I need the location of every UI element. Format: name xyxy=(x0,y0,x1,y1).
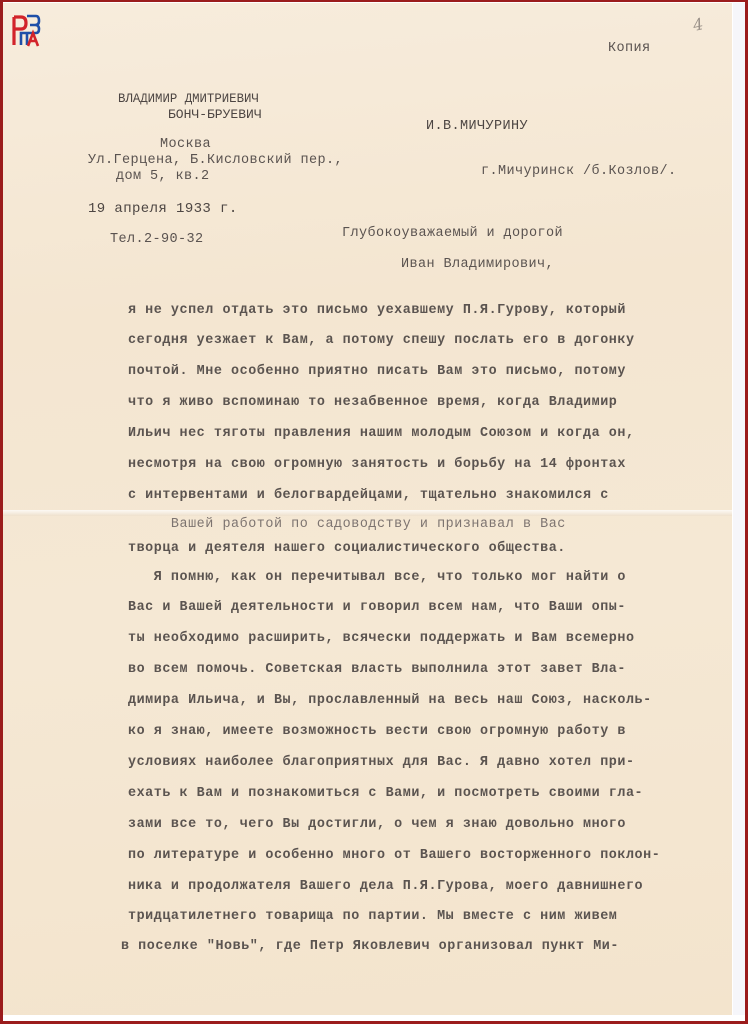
salutation-line1: Глубокоуважаемый и дорогой xyxy=(342,226,563,241)
body-line: творца и деятеля нашего социалистическог… xyxy=(128,541,566,556)
body-line: ехать к Вам и познакомиться с Вами, и по… xyxy=(128,786,643,801)
body-line: в поселке "Новь", где Петр Яковлевич орг… xyxy=(121,939,619,954)
copy-mark: Копия xyxy=(608,41,651,56)
body-line: ко я знаю, имеете возможность вести свою… xyxy=(128,724,626,739)
body-line: Вашей работой по садоводству и признавал… xyxy=(128,517,566,532)
body-line: что я живо вспоминаю то незабвенное врем… xyxy=(128,395,617,410)
body-line: димира Ильича, и Вы, прославленный на ве… xyxy=(128,693,652,708)
body-line: во всем помочь. Советская власть выполни… xyxy=(128,662,626,677)
body-line: зами все то, чего Вы достигли, о чем я з… xyxy=(128,817,626,832)
archive-logo-icon xyxy=(11,13,41,49)
body-line: с интервентами и белогвардейцами, тщател… xyxy=(128,488,609,503)
sender-name-line1: ВЛАДИМИР ДМИТРИЕВИЧ xyxy=(118,91,259,106)
sender-city: Москва xyxy=(160,137,211,152)
body-line: несмотря на свою огромную занятость и бо… xyxy=(128,457,626,472)
letter-page: 4 Копия ВЛАДИМИР ДМИТРИЕВИЧ БОНЧ-БРУЕВИЧ… xyxy=(3,3,732,1015)
body-line: почтой. Мне особенно приятно писать Вам … xyxy=(128,364,626,379)
body-line: условиях наиболее благоприятных для Вас.… xyxy=(128,755,635,770)
recipient-address: г.Мичуринск /б.Козлов/. xyxy=(481,164,677,179)
recipient-name: И.В.МИЧУРИНУ xyxy=(426,119,528,134)
salutation-line2: Иван Владимирович, xyxy=(401,257,554,272)
body-line: тридцатилетнего товарища по партии. Мы в… xyxy=(128,909,617,924)
body-line: ника и продолжателя Вашего дела П.Я.Гуро… xyxy=(128,879,643,894)
letter-date: 19 апреля 1933 г. xyxy=(88,201,238,217)
body-line: Ильич нес тяготы правления нашим молодым… xyxy=(128,426,635,441)
sender-phone: Тел.2-90-32 xyxy=(110,232,204,247)
paper-fold-crease xyxy=(3,510,732,516)
pencil-page-number: 4 xyxy=(691,14,705,35)
body-line: я не успел отдать это письмо уехавшему П… xyxy=(128,303,626,318)
scan-edge xyxy=(733,3,745,1015)
sender-street: Ул.Герцена, Б.Кисловский пер., xyxy=(88,153,343,168)
body-line: ты необходимо расширить, всячески поддер… xyxy=(128,631,635,646)
sender-house: дом 5, кв.2 xyxy=(116,169,210,184)
body-line: Вас и Вашей деятельности и говорил всем … xyxy=(128,600,626,615)
body-line: Я помню, как он перечитывал все, что тол… xyxy=(128,570,626,585)
sender-name-line2: БОНЧ-БРУЕВИЧ xyxy=(168,107,262,122)
body-line: по литературе и особенно много от Вашего… xyxy=(128,848,660,863)
body-line: сегодня уезжает к Вам, а потому спешу по… xyxy=(128,333,635,348)
